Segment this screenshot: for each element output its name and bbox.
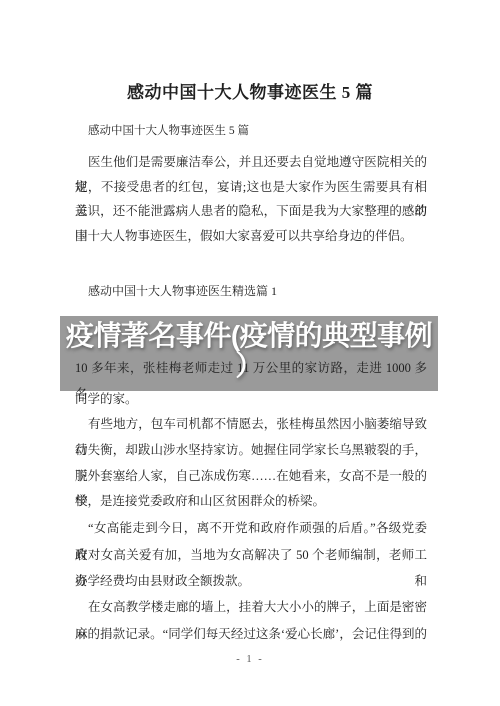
text-line: 国十大人物事迹医生，假如大家喜爱可以共享给身边的伴侣。 <box>75 224 427 249</box>
text-line: 下外套塞给人家，自己冻成伤寒……在她看来，女高不是一般的学 <box>75 464 427 490</box>
text-line: 在女高教学楼走廊的墙上，挂着大大小小的牌子，上面是密密麻 <box>75 594 427 621</box>
text-line: 医生他们是需要廉洁奉公，并且还要去自觉地遵守医院相关的规 <box>75 150 427 175</box>
text-line: “女高能走到今日，离不开党和政府作顽强的后盾。”各级党委政 <box>75 515 427 542</box>
document-page: 感动中国十大人物事迹医生 5 篇 感动中国十大人物事迹医生 5 篇 医生他们是需… <box>0 0 500 706</box>
page-footer: - 1 - <box>0 654 500 665</box>
body-paragraph: 在女高教学楼走廊的墙上，挂着大大小小的牌子，上面是密密麻麻的捐款记录。“同学们每… <box>75 594 427 647</box>
body-paragraph: “女高能走到今日，离不开党和政府作顽强的后盾。”各级党委政府对女高关爱有加，当地… <box>75 515 427 595</box>
section-heading: 感动中国十大人物事迹医生精选篇 1 <box>88 281 277 301</box>
overlay-title-line2: ） <box>60 352 438 380</box>
document-subtitle: 感动中国十大人物事迹医生 5 篇 <box>88 122 249 138</box>
page-number: - 1 - <box>236 654 264 665</box>
document-title: 感动中国十大人物事迹医生 5 篇 <box>0 78 500 103</box>
text-line: 意识，还不能泄露病人患者的隐私，下面是我为大家整理的感动中 <box>75 199 427 224</box>
text-line: 定，不接受患者的红包，宴请;这也是大家作为医生需要具有相关的 <box>75 175 427 200</box>
overlay-title-line1: 疫情著名事件(疫情的典型事例 <box>60 322 438 350</box>
text-line: 麻的捐款记录。“同学们每天经过这条‘爱心长廊’，会记住得到的 <box>75 621 427 648</box>
body-paragraph: 有些地方，包车司机都不情愿去，张桂梅虽然因小脑萎缩导致行动失衡，却跋山涉水坚持家… <box>75 412 427 515</box>
text-line: 府对女高关爱有加，当地为女高解决了 50 个老师编制，老师工资和 <box>75 542 427 569</box>
text-line: 有些地方，包车司机都不情愿去，张桂梅虽然因小脑萎缩导致行 <box>75 412 427 438</box>
paragraph-line: 同学的家。 <box>75 386 427 412</box>
intro-paragraph: 医生他们是需要廉洁奉公，并且还要去自觉地遵守医院相关的规定，不接受患者的红包，宴… <box>75 150 427 248</box>
text-line: 校，是连接党委政府和山区贫困群众的桥梁。 <box>75 489 427 515</box>
text-line: 动失衡，却跋山涉水坚持家访。她握住同学家长乌黑皲裂的手，脱 <box>75 438 427 464</box>
